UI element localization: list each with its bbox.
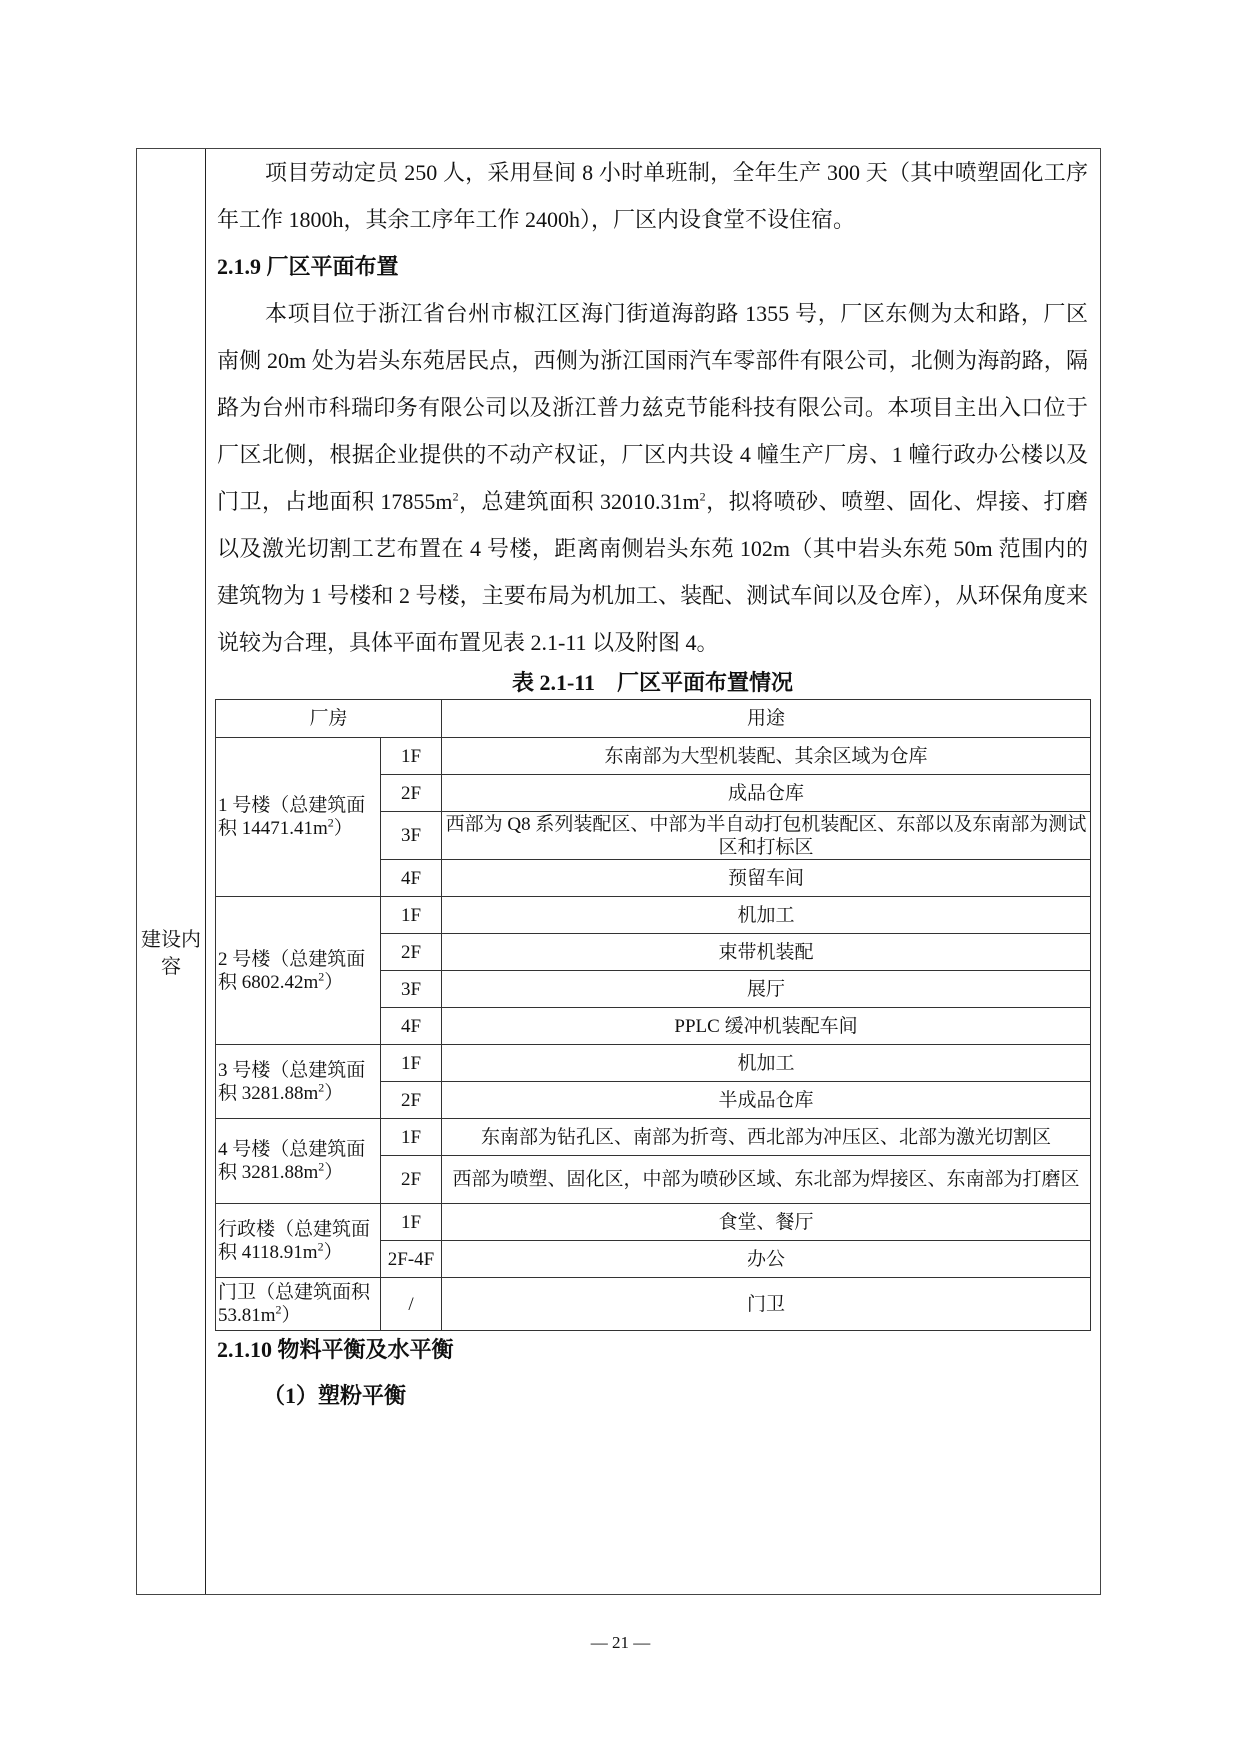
floor: 2F	[381, 1082, 442, 1119]
floor: 1F	[381, 1204, 442, 1241]
floor: 4F	[381, 860, 442, 897]
page-number: — 21 —	[0, 1633, 1241, 1653]
use: 办公	[442, 1241, 1091, 1278]
building-name: 2 号楼（总建筑面积 6802.42m2）	[216, 897, 381, 1045]
use: PPLC 缓冲机装配车间	[442, 1008, 1091, 1045]
floor: 3F	[381, 971, 442, 1008]
layout-text-1: 本项目位于浙江省台州市椒江区海门街道海韵路 1355 号，厂区东侧为太和路，厂区…	[217, 301, 1088, 514]
subheading-powder-balance: （1）塑粉平衡	[217, 1369, 1088, 1423]
column-divider	[205, 149, 206, 1594]
use: 展厅	[442, 971, 1091, 1008]
building-name: 行政楼（总建筑面积 4118.91m2）	[216, 1204, 381, 1278]
use: 东南部为钻孔区、南部为折弯、西北部为冲压区、北部为激光切割区	[442, 1119, 1091, 1156]
table-caption: 表 2.1-11 厂区平面布置情况	[217, 668, 1088, 698]
floor: 3F	[381, 812, 442, 860]
heading-2-1-10: 2.1.10 物料平衡及水平衡	[217, 1331, 1088, 1369]
use: 预留车间	[442, 860, 1091, 897]
layout-text-2: ，总建筑面积 32010.31m	[459, 489, 700, 514]
use: 门卫	[442, 1278, 1091, 1331]
use: 西部为喷塑、固化区，中部为喷砂区域、东北部为焊接区、东南部为打磨区	[442, 1156, 1091, 1204]
use: 机加工	[442, 897, 1091, 934]
heading-2-1-9: 2.1.9 厂区平面布置	[217, 243, 1088, 290]
floor: 2F	[381, 1156, 442, 1204]
use: 成品仓库	[442, 775, 1091, 812]
building-name: 门卫（总建筑面积 53.81m2）	[216, 1278, 381, 1331]
building-name: 1 号楼（总建筑面积 14471.41m2）	[216, 738, 381, 897]
floor: /	[381, 1278, 442, 1331]
header-use: 用途	[442, 700, 1091, 738]
layout-paragraph: 本项目位于浙江省台州市椒江区海门街道海韵路 1355 号，厂区东侧为太和路，厂区…	[217, 290, 1088, 666]
floor: 1F	[381, 738, 442, 775]
section-label: 建设内容	[137, 927, 205, 981]
building-name: 3 号楼（总建筑面积 3281.88m2）	[216, 1045, 381, 1119]
use: 束带机装配	[442, 934, 1091, 971]
floor: 1F	[381, 1045, 442, 1082]
floor: 4F	[381, 1008, 442, 1045]
use: 食堂、餐厅	[442, 1204, 1091, 1241]
layout-table: 厂房 用途 1 号楼（总建筑面积 14471.41m2） 1F 东南部为大型机装…	[215, 699, 1091, 1331]
use: 机加工	[442, 1045, 1091, 1082]
building-name: 4 号楼（总建筑面积 3281.88m2）	[216, 1119, 381, 1204]
use: 西部为 Q8 系列装配区、中部为半自动打包机装配区、东部以及东南部为测试区和打标…	[442, 812, 1091, 860]
staffing-paragraph: 项目劳动定员 250 人，采用昼间 8 小时单班制，全年生产 300 天（其中喷…	[217, 149, 1088, 243]
floor: 1F	[381, 1119, 442, 1156]
use: 半成品仓库	[442, 1082, 1091, 1119]
use: 东南部为大型机装配、其余区域为仓库	[442, 738, 1091, 775]
header-building: 厂房	[216, 700, 442, 738]
floor: 2F	[381, 934, 442, 971]
floor: 2F	[381, 775, 442, 812]
content-cell: 项目劳动定员 250 人，采用昼间 8 小时单班制，全年生产 300 天（其中喷…	[217, 149, 1088, 1423]
document-frame: 建设内容 项目劳动定员 250 人，采用昼间 8 小时单班制，全年生产 300 …	[136, 148, 1101, 1595]
floor: 2F-4F	[381, 1241, 442, 1278]
floor: 1F	[381, 897, 442, 934]
